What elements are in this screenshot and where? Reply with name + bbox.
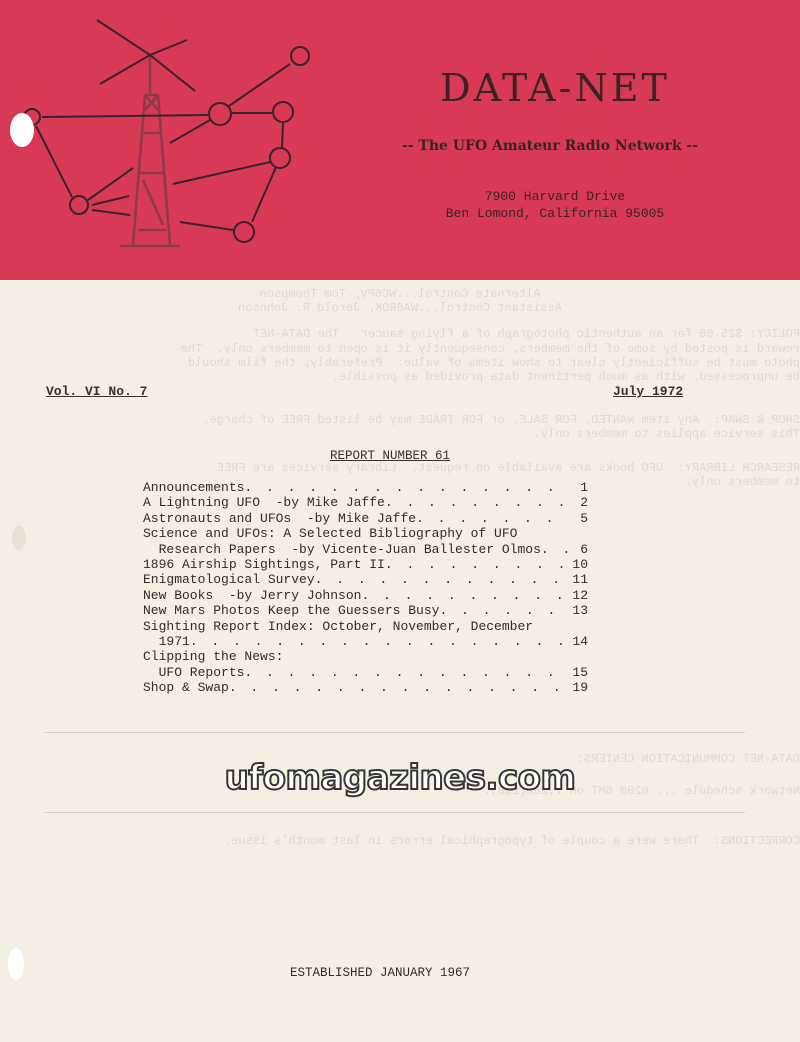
toc-entry: Shop & Swap. . . . . . . . . . . . . . .…: [143, 680, 588, 695]
bleed-through-text: reward is posted by some of the members,…: [0, 342, 800, 357]
toc-entry: 1896 Airship Sightings, Part II. . . . .…: [143, 557, 588, 572]
watermark: ufomagazines.com: [218, 758, 582, 798]
bleed-through-text: photo must be sufficiently clear to show…: [0, 356, 800, 371]
masthead-banner: DATA-NET -- The UFO Amateur Radio Networ…: [0, 0, 800, 280]
report-heading: REPORT NUMBER 61: [330, 449, 450, 463]
toc-entry-title: UFO Reports: [143, 665, 244, 680]
dot-leader: . . . . . . . . . . . . . . . . . . . . …: [315, 572, 568, 587]
toc-entry: New Books -by Jerry Johnson. . . . . . .…: [143, 588, 588, 603]
toc-entry-page: 14: [568, 634, 588, 649]
dot-leader: . . . . . . . . . . . . . . . . . . . . …: [439, 603, 568, 618]
toc-entry-title: Astronauts and UFOs -by Mike Jaffe: [143, 511, 416, 526]
dot-leader: . . . . . . . . . . . . . . . . . . . . …: [385, 495, 568, 510]
address-line-1: 7900 Harvard Drive: [400, 188, 710, 205]
dot-leader: . . . . . . . . . . . . . . . . . . . . …: [229, 680, 568, 695]
toc-entry-title: New Mars Photos Keep the Guessers Busy: [143, 603, 439, 618]
toc-entry-title: Research Papers -by Vicente-Juan Ballest…: [143, 542, 541, 557]
dot-leader: . . . . . . . . . . . . . . . . . . . . …: [244, 480, 568, 495]
toc-entry: Research Papers -by Vicente-Juan Ballest…: [143, 542, 588, 557]
bleed-through-text: Alternate Control...WC6PV, Tom Thompson: [0, 287, 800, 302]
newsletter-title: DATA-NET: [420, 66, 690, 110]
toc-entry-page: 5: [568, 511, 588, 526]
dot-leader: . . . . . . . . . . . . . . . . . . . . …: [361, 588, 568, 603]
toc-entry-title: Shop & Swap: [143, 680, 229, 695]
dot-leader: . . . . . . . . . . . . . . . . . . . . …: [541, 542, 568, 557]
toc-entry-title: Clipping the News:: [143, 649, 283, 664]
newsletter-subtitle: -- The UFO Amateur Radio Network --: [380, 138, 720, 154]
volume-number: Vol. VI No. 7: [46, 384, 147, 399]
toc-entry-page: 15: [568, 665, 588, 680]
toc-entry: New Mars Photos Keep the Guessers Busy. …: [143, 603, 588, 618]
dot-leader: . . . . . . . . . . . . . . . . . . . . …: [385, 557, 568, 572]
toc-entry-page: 19: [568, 680, 588, 695]
toc-entry-title: Sighting Report Index: October, November…: [143, 619, 533, 634]
toc-entry: Astronauts and UFOs -by Mike Jaffe. . . …: [143, 511, 588, 526]
toc-entry-page: 6: [568, 542, 588, 557]
bleed-through-text: This service applies to members only.: [0, 427, 800, 442]
binder-hole: [12, 526, 26, 550]
issue-date: July 1972: [613, 384, 683, 399]
established-note: ESTABLISHED JANUARY 1967: [290, 966, 470, 980]
toc-entry: Sighting Report Index: October, November…: [143, 619, 588, 634]
binder-hole: [10, 113, 34, 147]
dot-leader: . . . . . . . . . . . . . . . . . . . . …: [244, 665, 568, 680]
bleed-through-text: Assistant Control...WA6ROK, Jerold R. Jo…: [0, 301, 800, 316]
toc-entry: Science and UFOs: A Selected Bibliograph…: [143, 526, 588, 541]
mailing-address: 7900 Harvard Drive Ben Lomond, Californi…: [400, 188, 710, 222]
toc-entry-title: Science and UFOs: A Selected Bibliograph…: [143, 526, 517, 541]
toc-entry-page: 12: [568, 588, 588, 603]
toc-entry-title: 1971: [143, 634, 190, 649]
toc-entry: Announcements. . . . . . . . . . . . . .…: [143, 480, 588, 495]
bleed-through-text: be unprocessed, with as much pertinent d…: [0, 370, 800, 385]
binder-hole: [8, 948, 24, 980]
radio-tower-network-icon: [0, 0, 310, 260]
bleed-through-text: POLICY: $25.00 for an authentic photogra…: [0, 327, 800, 342]
toc-entry: 1971. . . . . . . . . . . . . . . . . . …: [143, 634, 588, 649]
toc-entry: Clipping the News:: [143, 649, 588, 664]
divider: [45, 812, 745, 813]
toc-entry-page: 1: [568, 480, 588, 495]
toc-entry-page: 2: [568, 495, 588, 510]
bleed-through-text: SHOP & SWAP: Any item WANTED, FOR SALE, …: [0, 413, 800, 428]
bleed-through-text: CORRECTIONS: There were a couple of typo…: [0, 834, 800, 849]
toc-entry-title: A Lightning UFO -by Mike Jaffe: [143, 495, 385, 510]
toc-entry-title: New Books -by Jerry Johnson: [143, 588, 361, 603]
toc-entry-title: Enigmatological Survey: [143, 572, 315, 587]
toc-entry: Enigmatological Survey. . . . . . . . . …: [143, 572, 588, 587]
divider: [45, 732, 745, 733]
toc-entry-title: 1896 Airship Sightings, Part II: [143, 557, 385, 572]
bleed-through-text: RESEARCH LIBRARY: UFO books are availabl…: [0, 461, 800, 476]
toc-entry-page: 13: [568, 603, 588, 618]
toc-entry-title: Announcements: [143, 480, 244, 495]
toc-entry: A Lightning UFO -by Mike Jaffe. . . . . …: [143, 495, 588, 510]
dot-leader: . . . . . . . . . . . . . . . . . . . . …: [416, 511, 568, 526]
dot-leader: . . . . . . . . . . . . . . . . . . . . …: [190, 634, 568, 649]
toc-entry: UFO Reports. . . . . . . . . . . . . . .…: [143, 665, 588, 680]
address-line-2: Ben Lomond, California 95005: [400, 205, 710, 222]
toc-entry-page: 11: [568, 572, 588, 587]
table-of-contents: Announcements. . . . . . . . . . . . . .…: [143, 480, 588, 696]
toc-entry-page: 10: [568, 557, 588, 572]
